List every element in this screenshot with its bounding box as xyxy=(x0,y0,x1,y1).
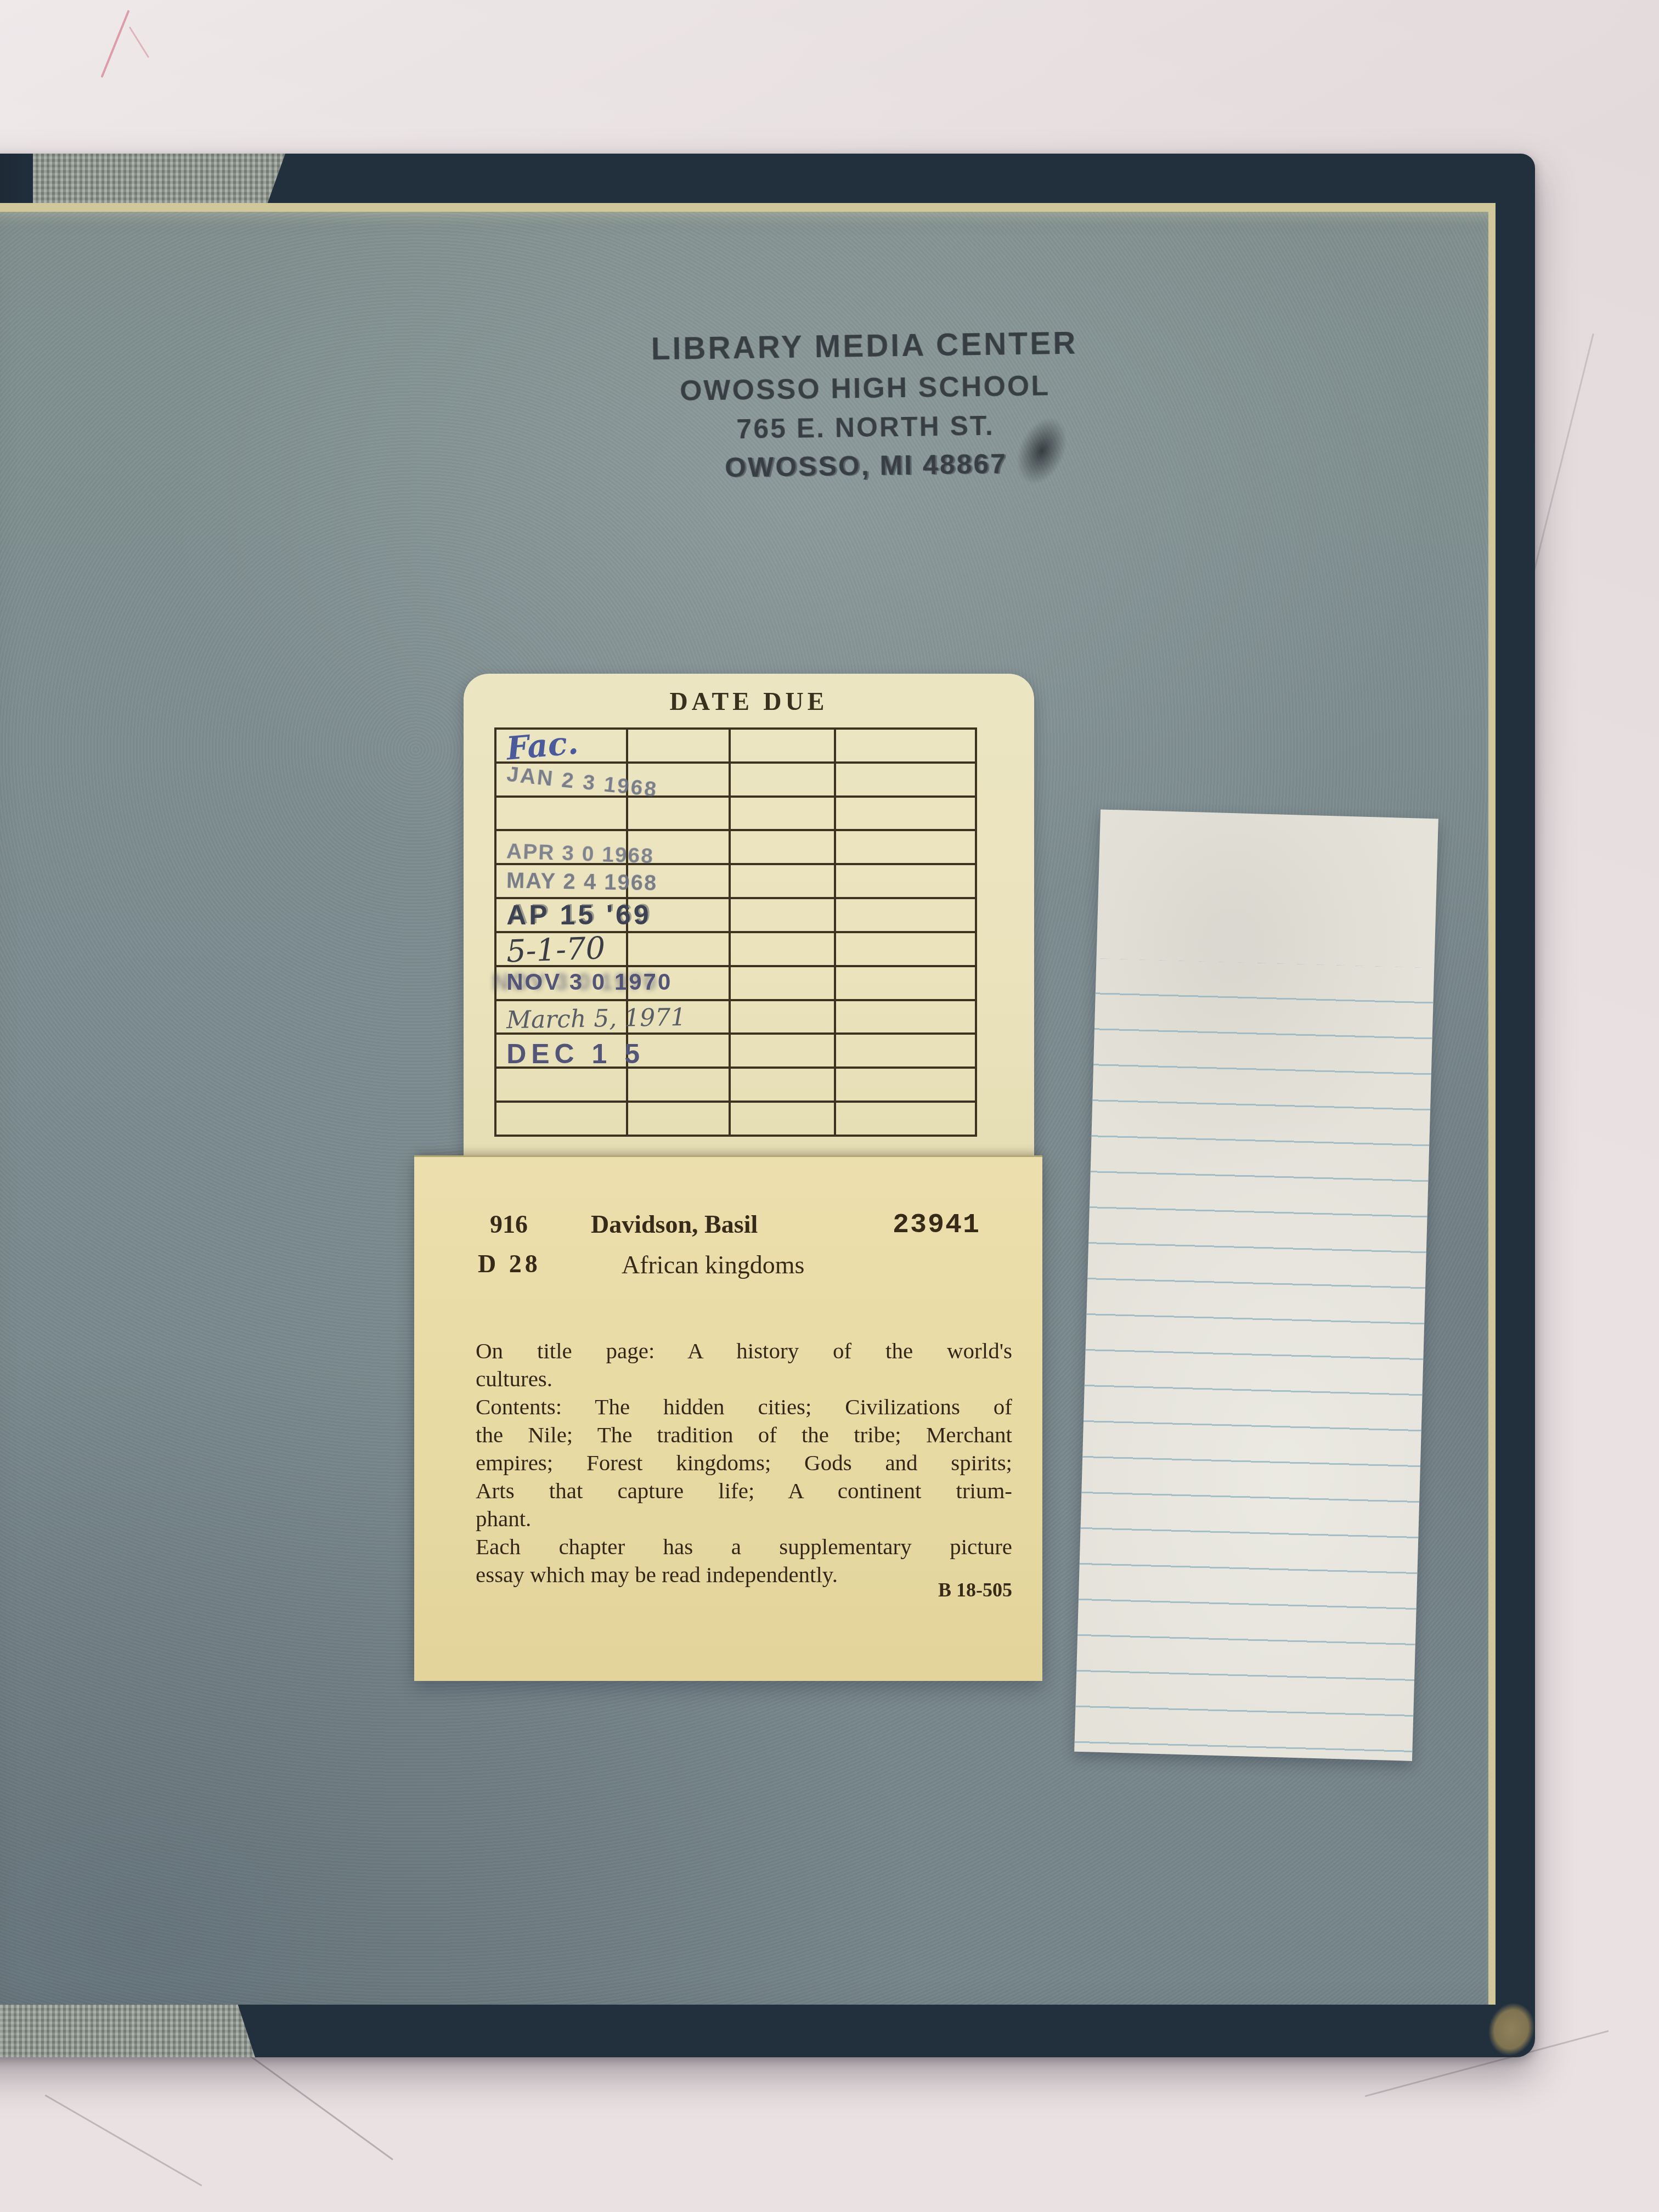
date-row: MAY 2 4 1968 xyxy=(496,865,975,899)
date-row: March 5, 1971 xyxy=(496,1001,975,1035)
annotation-line: Each chapter has a supplementary picture xyxy=(476,1533,1012,1561)
catalog-code: B 18-505 xyxy=(476,1578,1012,1601)
call-number-cutter: D 28 xyxy=(478,1249,541,1278)
date-row: Fac. xyxy=(496,730,975,764)
date-grid: Fac. JAN 2 3 1968 APR 3 0 1968 MAY 2 4 1… xyxy=(494,727,977,1137)
date-row: NOV 3 0 1970 xyxy=(496,967,975,1001)
date-row xyxy=(496,798,975,832)
endpaper: LIBRARY MEDIA CENTER OWOSSO HIGH SCHOOL … xyxy=(0,203,1496,2005)
date-entry: APR 3 0 1968 xyxy=(506,841,654,867)
date-row: AP 15 '69 xyxy=(496,899,975,933)
note-paper xyxy=(1074,809,1438,1761)
table-scratch xyxy=(100,10,129,78)
table-scratch xyxy=(129,26,150,58)
date-entry: 5-1-70 xyxy=(506,933,606,967)
annotation-line: the Nile; The tradition of the tribe; Me… xyxy=(476,1421,1012,1449)
ruled-lines xyxy=(1074,958,1434,1761)
stamp-line: 765 E. NORTH ST. xyxy=(648,408,1082,446)
date-row: APR 3 0 1968 xyxy=(496,831,975,865)
date-entry: AP 15 '69 xyxy=(506,901,651,929)
annotation-line: phant. xyxy=(476,1505,1012,1533)
date-entry: Fac. xyxy=(505,726,580,764)
date-row: DEC 1 5 xyxy=(496,1035,975,1069)
date-row: JAN 2 3 1968 xyxy=(496,764,975,798)
date-row: 5-1-70 xyxy=(496,933,975,967)
cloth-tape-bottom-left xyxy=(0,2002,255,2057)
date-due-title: DATE DUE xyxy=(464,687,1034,716)
annotation-line: empires; Forest kingdoms; Gods and spiri… xyxy=(476,1449,1012,1477)
call-number-class: 916 xyxy=(490,1210,528,1239)
annotation-line: Arts that capture life; A continent triu… xyxy=(476,1477,1012,1505)
date-row xyxy=(496,1103,975,1135)
accession-number: 23941 xyxy=(893,1210,980,1241)
author-line: Davidson, Basil xyxy=(591,1210,758,1239)
annotation-line: On title page: A history of the world's xyxy=(476,1337,1012,1365)
date-row xyxy=(496,1069,975,1103)
date-entry: March 5, 1971 xyxy=(506,1005,686,1032)
date-entry: MAY 2 4 1968 xyxy=(506,870,658,894)
date-due-card: DATE DUE Fac. JAN 2 3 1968 APR 3 0 1968 … xyxy=(464,674,1034,1214)
date-entry: JAN 2 3 1968 xyxy=(506,764,659,801)
annotation-line: cultures. xyxy=(476,1365,1012,1393)
book-cover: LIBRARY MEDIA CENTER OWOSSO HIGH SCHOOL … xyxy=(0,154,1535,2057)
date-entry: DEC 1 5 xyxy=(506,1040,645,1068)
stamp-line: OWOSSO HIGH SCHOOL xyxy=(648,369,1082,408)
cloth-tape-top-left xyxy=(33,154,285,203)
book-pocket: 916 D 28 Davidson, Basil African kingdom… xyxy=(414,1155,1042,1681)
date-entry: NOV 3 0 1970 xyxy=(506,970,672,994)
annotation-line: Contents: The hidden cities; Civilizatio… xyxy=(476,1393,1012,1421)
stamp-line: LIBRARY MEDIA CENTER xyxy=(647,325,1081,367)
book-title-line: African kingdoms xyxy=(622,1250,804,1279)
table-scratch xyxy=(44,2095,202,2187)
annotation-text: On title page: A history of the world's … xyxy=(476,1337,1012,1589)
